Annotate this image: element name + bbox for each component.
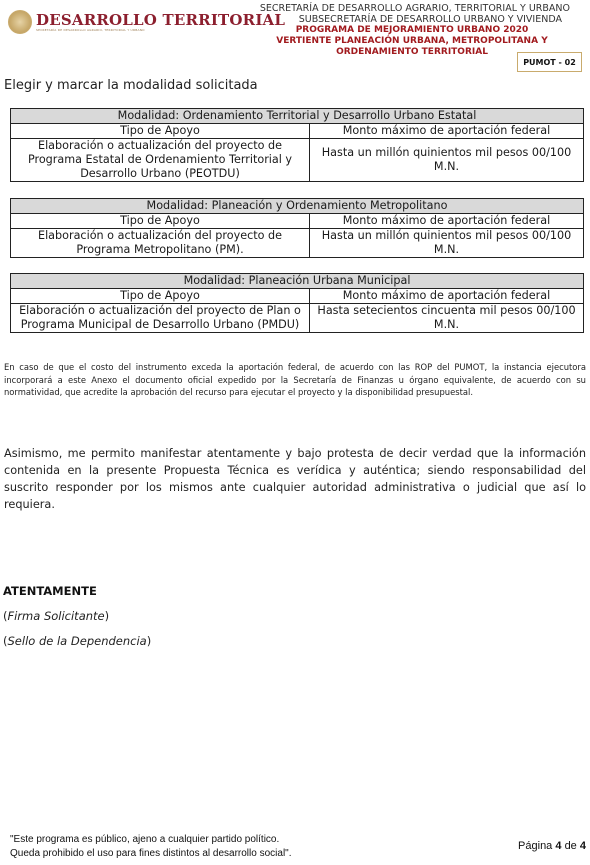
signature-line-firma: (Firma Solicitante) bbox=[3, 609, 109, 623]
header-subsecretaria: SUBSECRETARÍA DE DESARROLLO URBANO Y VIV… bbox=[242, 14, 582, 25]
table-row: Elaboración o actualización del proyecto… bbox=[11, 304, 584, 333]
form-code-badge: PUMOT - 02 bbox=[517, 52, 582, 72]
header-program: PROGRAMA DE MEJORAMIENTO URBANO 2020 bbox=[242, 25, 582, 36]
budget-note: En caso de que el costo del instrumento … bbox=[4, 361, 586, 399]
tipo-apoyo-cell: Elaboración o actualización del proyecto… bbox=[11, 304, 310, 333]
monto-cell: Hasta un millón quinientos mil pesos 00/… bbox=[310, 229, 584, 258]
modality-title: Modalidad: Planeación Urbana Municipal bbox=[11, 274, 584, 289]
tipo-apoyo-cell: Elaboración o actualización del proyecto… bbox=[11, 229, 310, 258]
firma-label: Firma Solicitante bbox=[8, 609, 105, 623]
tipo-apoyo-cell: Elaboración o actualización del proyecto… bbox=[11, 139, 310, 182]
modality-table-metropolitano: Modalidad: Planeación y Ordenamiento Met… bbox=[10, 198, 584, 258]
modality-title: Modalidad: Planeación y Ordenamiento Met… bbox=[11, 199, 584, 214]
page-current: 4 bbox=[555, 840, 561, 852]
footer-note-line1: "Este programa es público, ajeno a cualq… bbox=[10, 833, 292, 847]
modality-title: Modalidad: Ordenamiento Territorial y De… bbox=[11, 109, 584, 124]
column-header-tipo: Tipo de Apoyo bbox=[11, 124, 310, 139]
column-header-tipo: Tipo de Apoyo bbox=[11, 214, 310, 229]
monto-cell: Hasta setecientos cincuenta mil pesos 00… bbox=[310, 304, 584, 333]
monto-cell: Hasta un millón quinientos mil pesos 00/… bbox=[310, 139, 584, 182]
declaration-paragraph: Asimismo, me permito manifestar atentame… bbox=[4, 445, 586, 513]
column-header-tipo: Tipo de Apoyo bbox=[11, 289, 310, 304]
footer-note-line2: Queda prohibido el uso para fines distin… bbox=[10, 847, 292, 861]
column-header-monto: Monto máximo de aportación federal bbox=[310, 214, 584, 229]
footer-legal-note: "Este programa es público, ajeno a cualq… bbox=[10, 833, 292, 861]
page-total: 4 bbox=[580, 840, 586, 852]
instruction-text: Elegir y marcar la modalidad solicitada bbox=[4, 78, 258, 93]
page-of: de bbox=[565, 840, 577, 852]
table-row: Elaboración o actualización del proyecto… bbox=[11, 229, 584, 258]
header-secretaria: SECRETARÍA DE DESARROLLO AGRARIO, TERRIT… bbox=[242, 3, 582, 14]
column-header-monto: Monto máximo de aportación federal bbox=[310, 124, 584, 139]
signature-heading: ATENTAMENTE bbox=[3, 584, 97, 598]
column-header-monto: Monto máximo de aportación federal bbox=[310, 289, 584, 304]
document-header: SECRETARÍA DE DESARROLLO AGRARIO, TERRIT… bbox=[242, 3, 582, 58]
page-number: Página 4 de 4 bbox=[518, 840, 586, 852]
signature-line-sello: (Sello de la Dependencia) bbox=[3, 634, 151, 648]
modality-table-estatal: Modalidad: Ordenamiento Territorial y De… bbox=[10, 108, 584, 182]
sello-label: Sello de la Dependencia bbox=[8, 634, 147, 648]
header-vertiente-1: VERTIENTE PLANEACIÓN URBANA, METROPOLITA… bbox=[242, 36, 582, 47]
page-label: Página bbox=[518, 840, 552, 852]
national-seal-icon bbox=[8, 10, 32, 34]
table-row: Elaboración o actualización del proyecto… bbox=[11, 139, 584, 182]
modality-table-municipal: Modalidad: Planeación Urbana Municipal T… bbox=[10, 273, 584, 333]
